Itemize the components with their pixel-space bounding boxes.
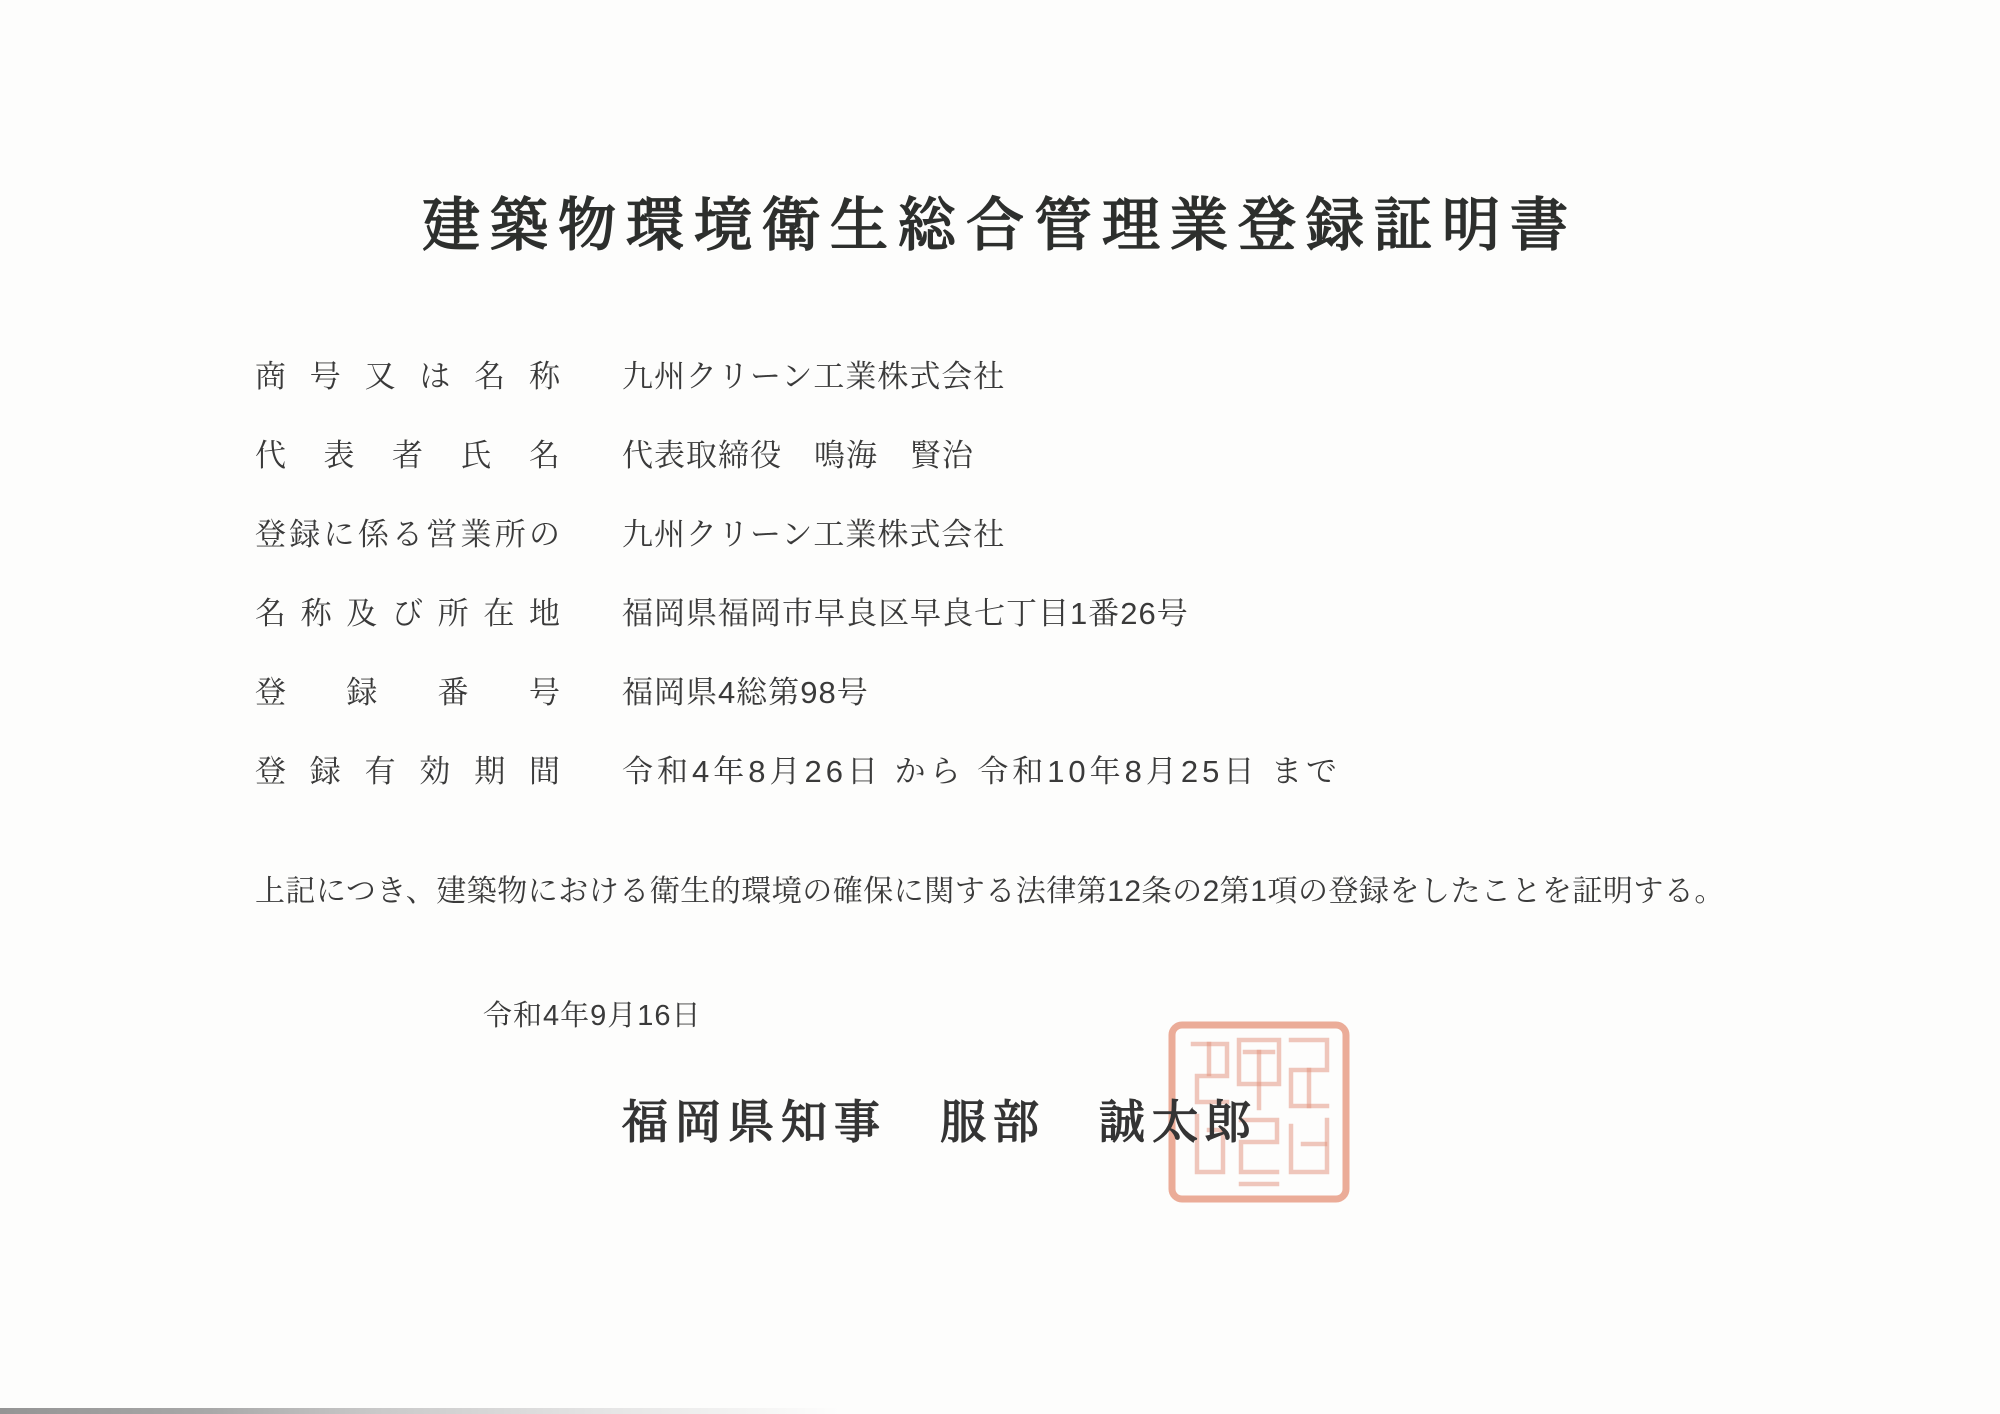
field-value-representative: 代表取締役 鳴海 賢治 (622, 436, 974, 476)
field-value-registered-office-line1: 九州クリーン工業株式会社 (622, 515, 1005, 555)
certificate-title: 建築物環境衛生総合管理業登録証明書 (0, 178, 2000, 262)
field-label-company-name: 商号又は名称 (255, 357, 560, 397)
field-value-validity-period: 令和4年8月26日 から 令和10年8月25日 まで (622, 752, 1341, 792)
field-row: 登録番号 福岡県4総第98号 (255, 673, 1341, 752)
field-value-registration-number: 福岡県4総第98号 (622, 673, 869, 713)
issuer-signature: 福岡県知事 服部 誠太郎 (622, 1086, 1258, 1152)
field-row: 名称及び所在地 福岡県福岡市早良区早良七丁目1番26号 (255, 594, 1341, 673)
field-table: 商号又は名称 九州クリーン工業株式会社 代表者氏名 代表取締役 鳴海 賢治 登録… (255, 357, 1341, 831)
field-label-registered-office-line2: 名称及び所在地 (255, 594, 560, 634)
field-label-registered-office-line1: 登録に係る営業所の (255, 515, 560, 555)
field-label-representative: 代表者氏名 (255, 436, 560, 476)
field-label-registration-number: 登録番号 (255, 673, 560, 713)
issue-date: 令和4年9月16日 (483, 993, 702, 1034)
certification-statement: 上記につき、建築物における衛生的環境の確保に関する法律第12条の2第1項の登録を… (255, 866, 1725, 910)
certificate-page: 建築物環境衛生総合管理業登録証明書 商号又は名称 九州クリーン工業株式会社 代表… (0, 0, 2000, 1414)
field-value-registered-office-line2: 福岡県福岡市早良区早良七丁目1番26号 (622, 594, 1189, 634)
field-label-validity-period: 登録有効期間 (255, 752, 560, 792)
field-row: 代表者氏名 代表取締役 鳴海 賢治 (255, 436, 1341, 515)
field-value-company-name: 九州クリーン工業株式会社 (622, 357, 1005, 397)
field-row: 登録に係る営業所の 九州クリーン工業株式会社 (255, 515, 1341, 594)
field-row: 登録有効期間 令和4年8月26日 から 令和10年8月25日 まで (255, 752, 1341, 831)
scan-edge-artifact (0, 1408, 840, 1414)
field-row: 商号又は名称 九州クリーン工業株式会社 (255, 357, 1341, 436)
